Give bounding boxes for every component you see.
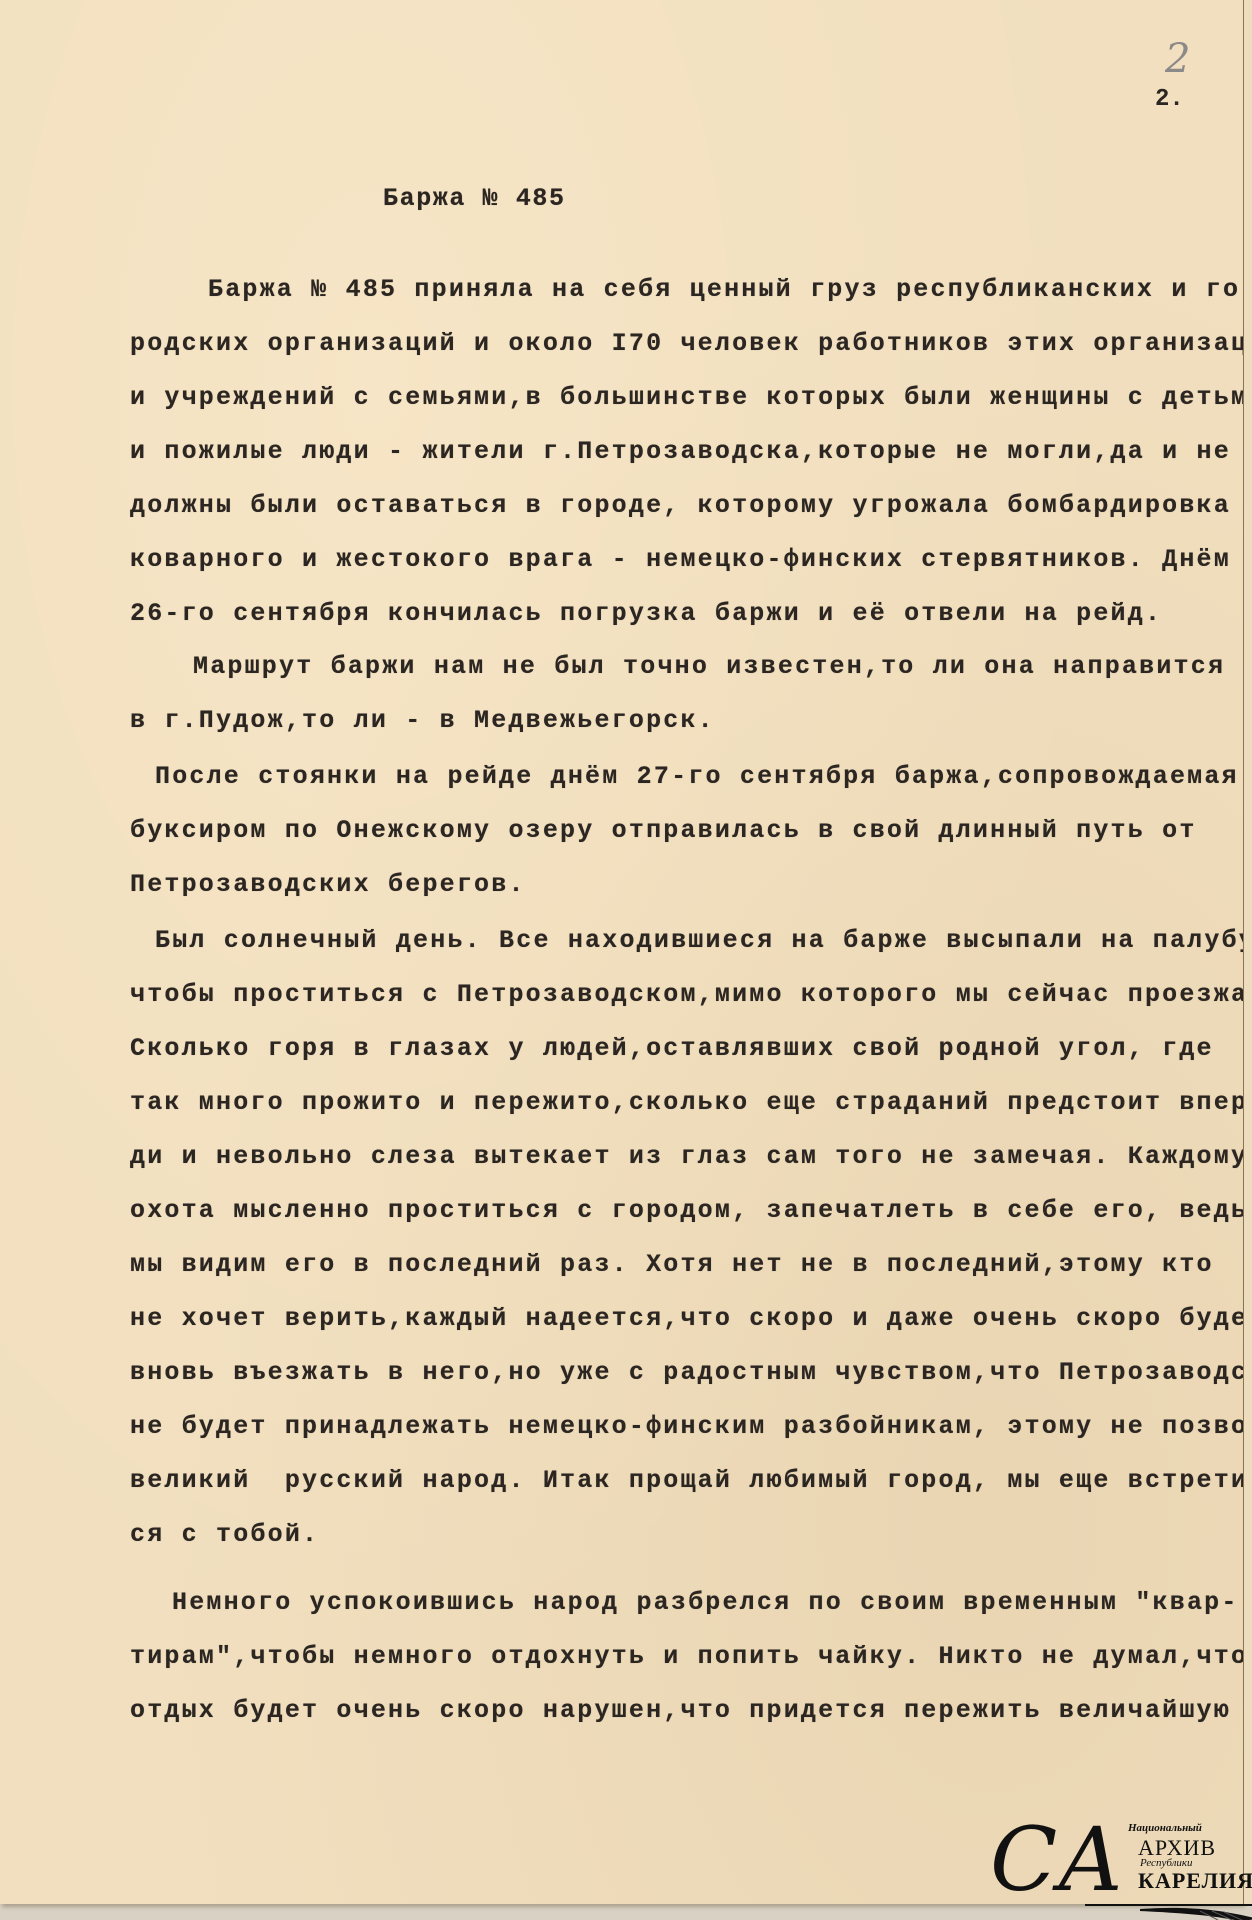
text-line: После стоянки на рейде днём 27-го сентяб…	[155, 762, 1239, 792]
text-line: так много прожито и пережито,сколько еще…	[130, 1088, 1252, 1118]
text-line: чтобы проститься с Петрозаводском,мимо к…	[130, 980, 1252, 1010]
text-line: в г.Пудож,то ли - в Медвежьегорск.	[130, 706, 715, 736]
document-title: Баржа № 485	[383, 184, 566, 214]
text-line: Сколько горя в глазах у людей,оставлявши…	[130, 1034, 1214, 1064]
document-page: 2 2. Баржа № 485 Баржа № 485 приняла на …	[0, 0, 1243, 1904]
typed-page-number: 2.	[1155, 86, 1184, 113]
text-line: коварного и жестокого врага - немецко-фи…	[130, 545, 1231, 575]
text-line: Был солнечный день. Все находившиеся на …	[155, 926, 1252, 956]
archive-watermark-logo: СА Национальный АРХИВ Республики КАРЕЛИЯ	[990, 1810, 1252, 1920]
text-line: буксиром по Онежскому озеру отправилась …	[130, 816, 1197, 846]
text-line: отдых будет очень скоро нарушен,что прид…	[130, 1696, 1231, 1726]
text-line: ся с тобой.	[130, 1520, 319, 1550]
archive-page-number: 2	[1165, 36, 1190, 82]
text-line: должны были оставаться в городе, котором…	[130, 491, 1231, 521]
quill-icon	[1140, 1905, 1252, 1920]
text-line: охота мысленно проститься с городом, зап…	[130, 1196, 1248, 1226]
text-line: Маршрут баржи нам не был точно известен,…	[193, 652, 1225, 682]
logo-monogram: СА	[990, 1810, 1124, 1910]
text-line: великий русский народ. Итак прощай любим…	[130, 1466, 1252, 1496]
text-line: и учреждений с семьями,в большинстве кот…	[130, 383, 1252, 413]
text-line: не будет принадлежать немецко-финским ра…	[130, 1412, 1252, 1442]
text-line: 26-го сентября кончилась погрузка баржи …	[130, 599, 1162, 629]
text-line: родских организаций и около I70 человек …	[130, 329, 1252, 359]
logo-text-national: Национальный	[1128, 1822, 1202, 1834]
text-line: Немного успокоившись народ разбрелся по …	[172, 1588, 1239, 1618]
text-line: не хочет верить,каждый надеется,что скор…	[130, 1304, 1252, 1334]
text-line: тирам",чтобы немного отдохнуть и попить …	[130, 1642, 1248, 1672]
logo-text-karelia: КАРЕЛИЯ	[1138, 1868, 1252, 1894]
text-line: мы видим его в последний раз. Хотя нет н…	[130, 1250, 1214, 1280]
page-edge	[1243, 0, 1252, 1904]
text-line: Петрозаводских берегов.	[130, 870, 526, 900]
text-line: и пожилые люди - жители г.Петрозаводска,…	[130, 437, 1231, 467]
text-line: вновь въезжать в него,но уже с радостным…	[130, 1358, 1252, 1388]
text-line: ди и невольно слеза вытекает из глаз сам…	[130, 1142, 1248, 1172]
text-line: Баржа № 485 приняла на себя ценный груз …	[208, 275, 1252, 305]
